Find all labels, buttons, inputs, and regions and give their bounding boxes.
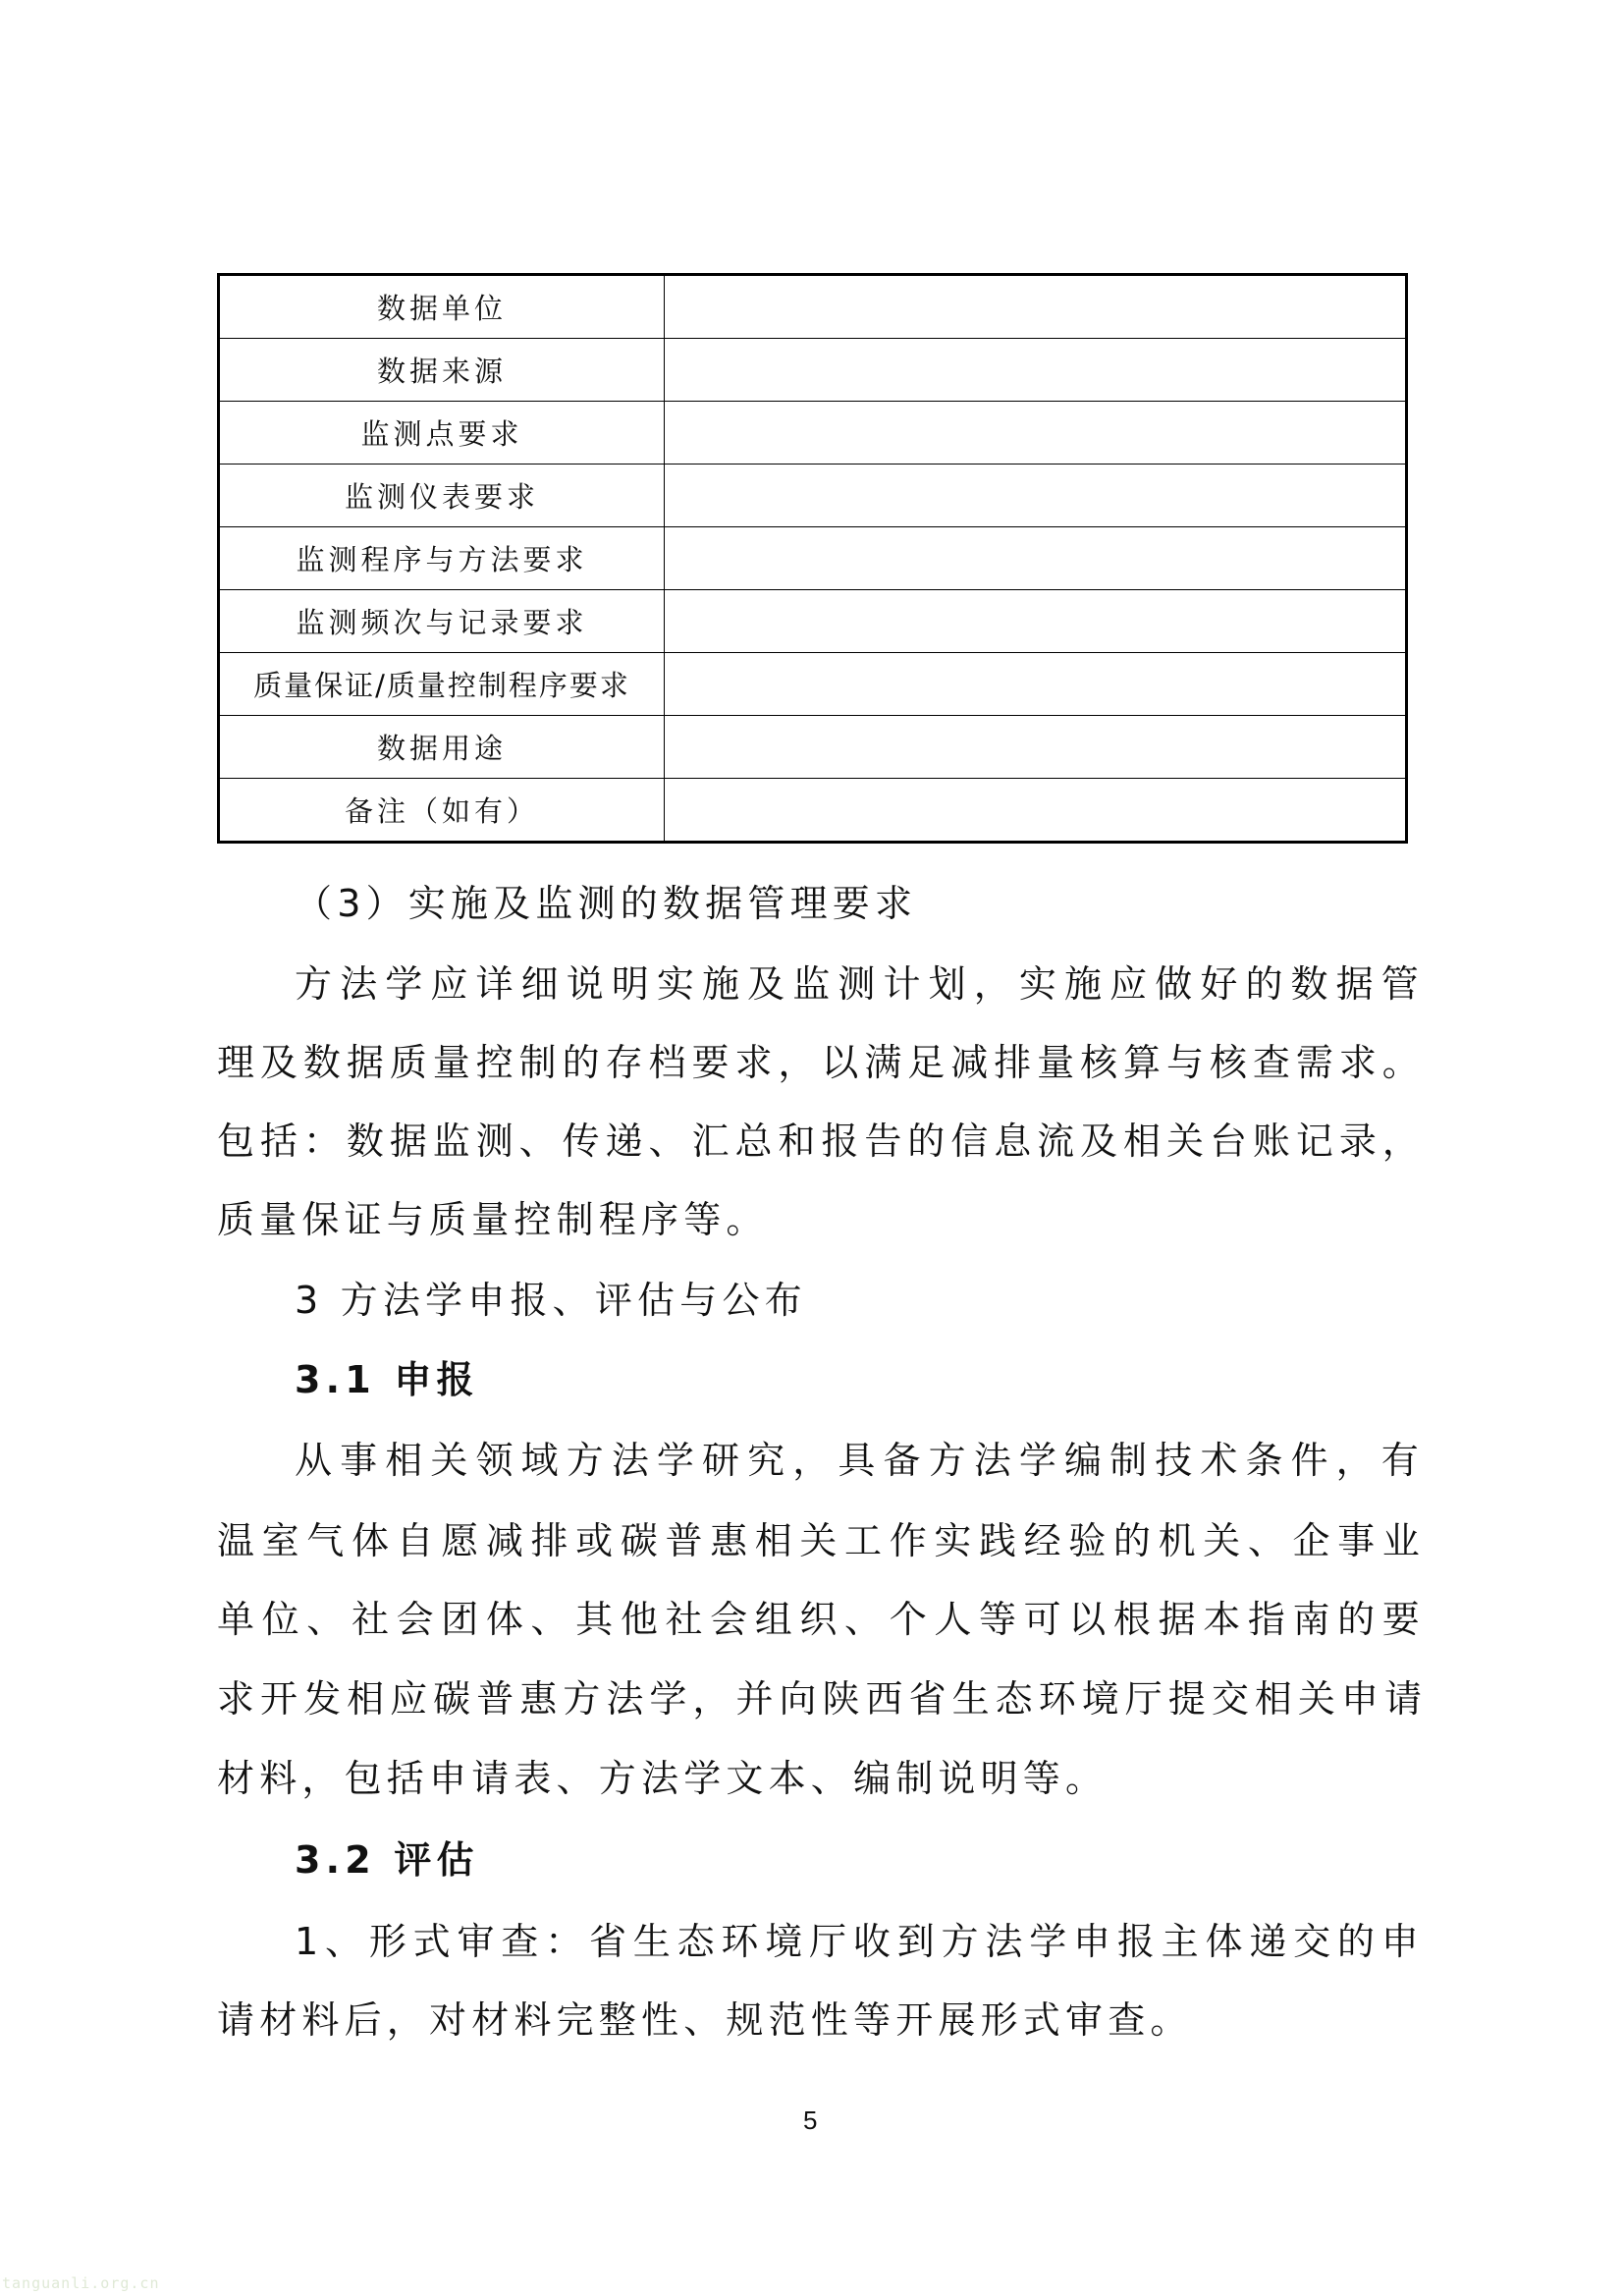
table-row: 数据用途 [219,716,1407,779]
row-label: 数据单位 [219,275,665,339]
row-value [665,653,1407,716]
row-value [665,402,1407,465]
document-page: 数据单位 数据来源 监测点要求 监测仪表要求 监测程序与方法要求 监测频次与记录… [0,0,1623,2296]
paragraph-line: 温室气体自愿减排或碳普惠相关工作实践经验的机关、企事业 [217,1517,1425,1564]
paragraph-line: 方法学应详细说明实施及监测计划，实施应做好的数据管 [295,960,1424,1008]
paragraph-line: 请材料后，对材料完整性、规范性等开展形式审查。 [217,1996,1425,2044]
row-label: 监测仪表要求 [219,465,665,527]
paragraph-line: 理及数据质量控制的存档要求，以满足减排量核算与核查需求。 [217,1039,1425,1086]
row-label: 备注（如有） [219,779,665,843]
table-row: 质量保证/质量控制程序要求 [219,653,1407,716]
section-heading-3-2: 3.2 评估 [295,1836,1502,1884]
paragraph-line: 1、形式审查：省生态环境厅收到方法学申报主体递交的申 [295,1918,1424,1965]
monitoring-parameter-table: 数据单位 数据来源 监测点要求 监测仪表要求 监测程序与方法要求 监测频次与记录… [217,273,1408,844]
row-label: 监测点要求 [219,402,665,465]
paragraph-line: 求开发相应碳普惠方法学，并向陕西省生态环境厅提交相关申请 [217,1675,1425,1722]
row-value [665,465,1407,527]
paragraph-line: 从事相关领域方法学研究，具备方法学编制技术条件，有 [295,1437,1424,1484]
row-value [665,716,1407,779]
table-row: 监测程序与方法要求 [219,527,1407,590]
subsection-heading-data-management: （3）实施及监测的数据管理要求 [295,880,1502,927]
row-value [665,275,1407,339]
row-label: 数据用途 [219,716,665,779]
paragraph-line: 包括：数据监测、传递、汇总和报告的信息流及相关台账记录， [217,1118,1425,1165]
watermark: tanguanli.org.cn [2,2274,160,2292]
table-row: 备注（如有） [219,779,1407,843]
table-row: 监测频次与记录要求 [219,590,1407,653]
page-number: 5 [803,2105,817,2136]
table-row: 数据来源 [219,339,1407,402]
paragraph-line: 材料，包括申请表、方法学文本、编制说明等。 [217,1755,1425,1802]
table-row: 监测仪表要求 [219,465,1407,527]
row-value [665,779,1407,843]
section-heading-3-1: 3.1 申报 [295,1356,1502,1403]
paragraph-line: 单位、社会团体、其他社会组织、个人等可以根据本指南的要 [217,1596,1425,1643]
row-value [665,590,1407,653]
table-row: 数据单位 [219,275,1407,339]
table-row: 监测点要求 [219,402,1407,465]
row-label: 监测频次与记录要求 [219,590,665,653]
row-value [665,339,1407,402]
row-label: 质量保证/质量控制程序要求 [219,653,665,716]
row-label: 数据来源 [219,339,665,402]
section-heading-3: 3 方法学申报、评估与公布 [295,1277,1502,1324]
paragraph-line: 质量保证与质量控制程序等。 [217,1196,1425,1243]
row-label: 监测程序与方法要求 [219,527,665,590]
row-value [665,527,1407,590]
